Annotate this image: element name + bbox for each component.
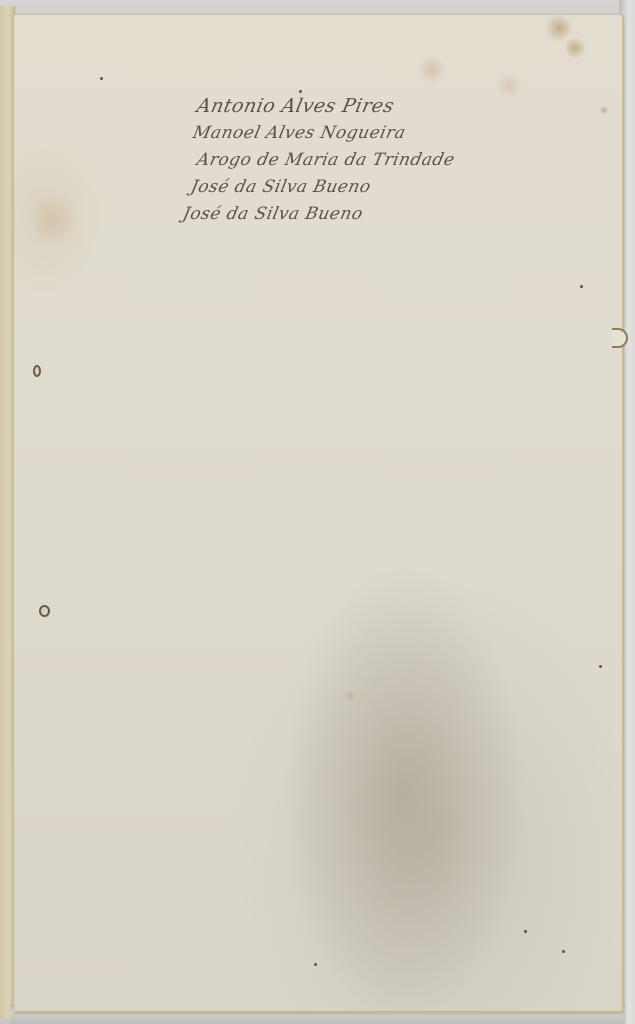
handwritten-names: Antonio Alves Pires Manoel Alves Nogueir… [179,93,519,228]
foxing-stain [564,37,586,59]
handwritten-line-4: José da Silva Bueno [188,174,522,201]
paper-speck [314,963,317,966]
paper-speck [562,950,565,953]
handwritten-line-5: José da Silva Bueno [180,201,522,228]
underlying-page-left-edge [0,6,15,1018]
foxing-stain [34,185,74,255]
paper-speck [524,930,527,933]
foxing-stain [344,690,356,702]
handwritten-line-3: Arogo de Maria da Trindade [194,147,522,174]
foxing-stain [419,55,445,85]
handwritten-line-2: Manoel Alves Nogueira [190,120,522,147]
punch-hole-upper [33,365,41,377]
document-page: Antonio Alves Pires Manoel Alves Nogueir… [14,14,624,1013]
paper-speck [100,77,103,80]
handwritten-line-1: Antonio Alves Pires [194,93,522,120]
paper-speck [599,665,602,668]
paper-speck [580,285,583,288]
foxing-stain [599,105,609,115]
punch-hole-lower [39,605,50,617]
